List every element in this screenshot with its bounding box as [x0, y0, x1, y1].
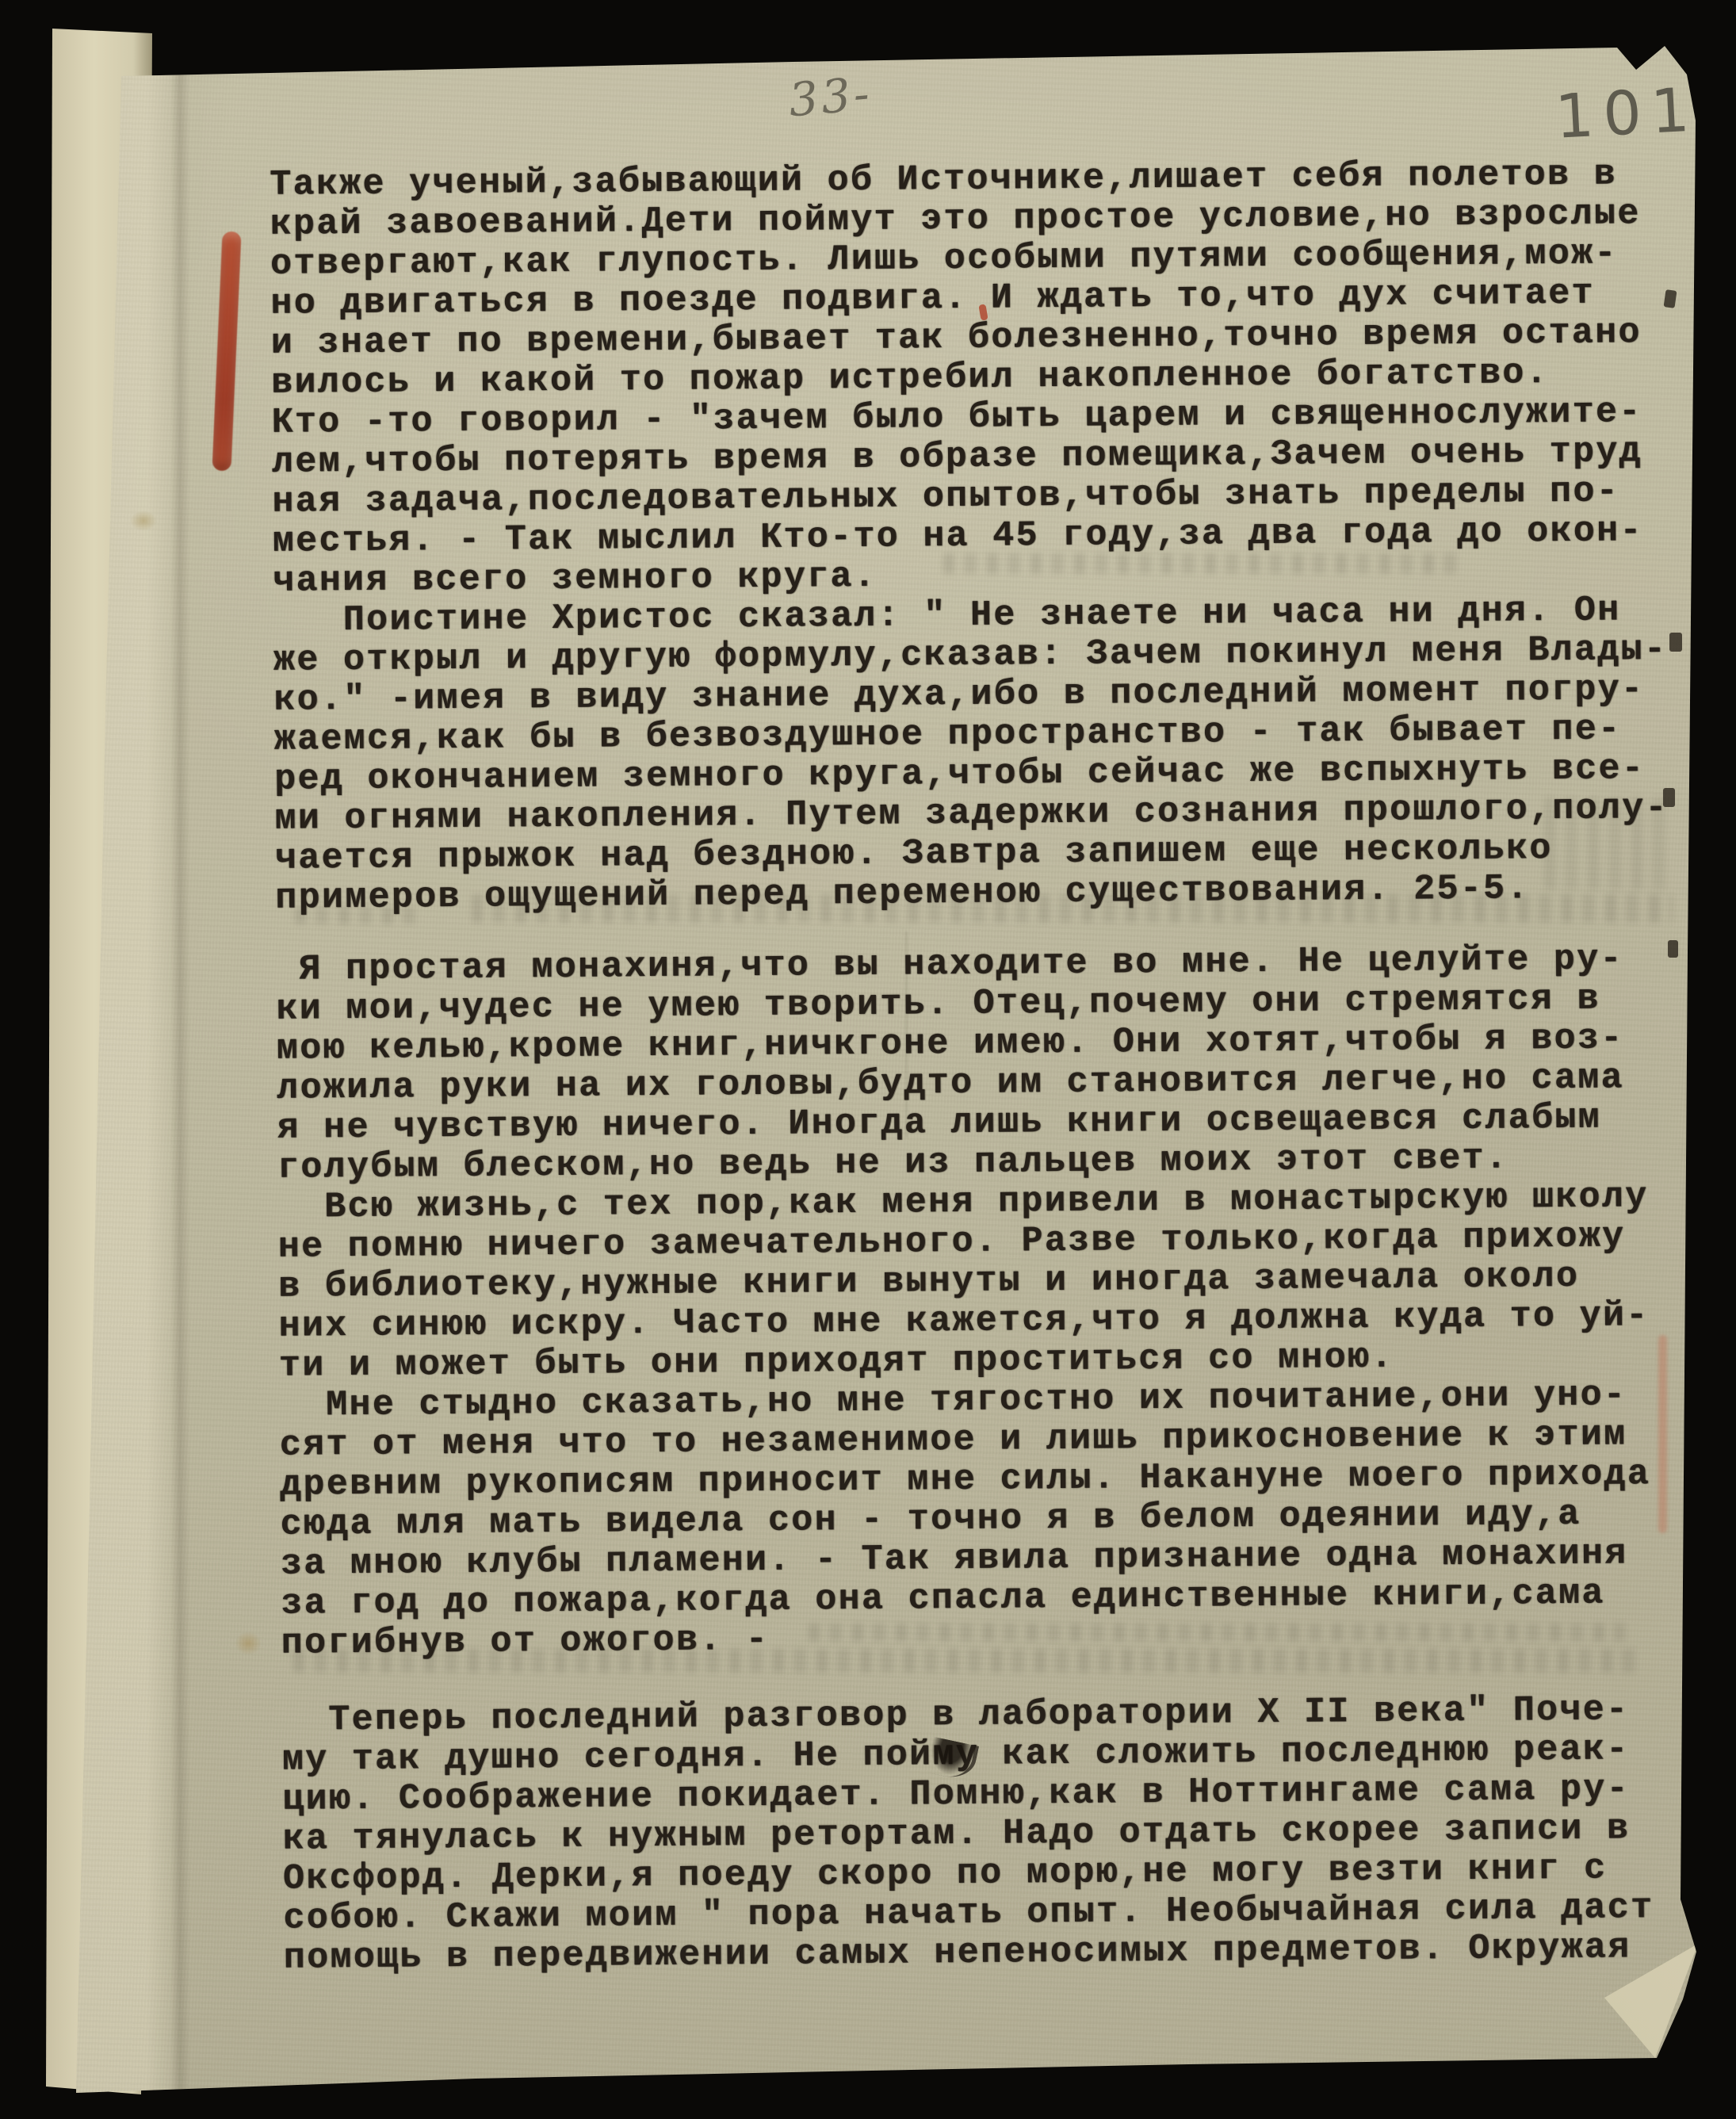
red-margin-stroke	[212, 231, 241, 472]
paragraph: Также ученый,забывающий об Источнике,лиш…	[270, 155, 1707, 602]
paragraph: Поистине Христос сказал: " Не знаете ни …	[273, 591, 1710, 919]
handwritten-page-number: 101	[1554, 74, 1700, 151]
paper-stain	[130, 511, 157, 531]
edge-ink-fragment	[1663, 788, 1675, 807]
edge-ink-fragment	[1668, 940, 1678, 958]
manuscript-page: 33- 101 Также ученый,забывающий об Источ…	[0, 0, 1736, 2119]
paragraph: Всю жизнь,с тех пор,как меня привели в м…	[277, 1176, 1714, 1386]
paragraph: Мне стыдно сказать,но мне тягостно их по…	[279, 1375, 1716, 1663]
paragraph: Я простая монахиня,что вы находите во мн…	[276, 939, 1712, 1188]
handwritten-number-top-center: 33-	[786, 67, 874, 128]
scan-background: 33- 101 Также ученый,забывающий об Источ…	[0, 0, 1736, 2119]
typed-text: Также ученый,забывающий об Источнике,лиш…	[270, 155, 1719, 1979]
paper-stain	[235, 1631, 262, 1655]
paragraph: Теперь последний разговор в лаборатории …	[281, 1689, 1719, 1978]
edge-ink-fragment	[1669, 633, 1682, 652]
